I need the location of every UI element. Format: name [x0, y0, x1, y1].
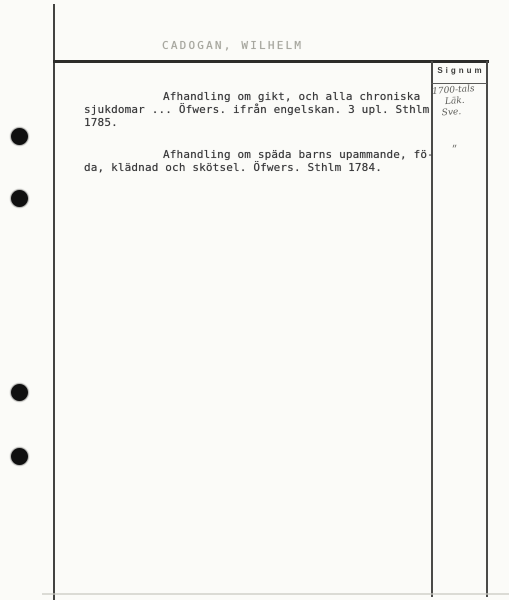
header-rule: [53, 60, 489, 63]
catalog-entry: Afhandling om späda barns upammande, fö-…: [84, 148, 434, 174]
punch-hole: [11, 190, 28, 207]
bottom-scan-edge: [42, 593, 509, 595]
entry-text-line: sjukdomar ... Öfwers. ifrån engelskan. 3…: [84, 103, 434, 116]
entry-text-line: 1785.: [84, 116, 434, 129]
card-heading-author: CADOGAN, WILHELM: [162, 39, 303, 52]
signum-column-rule: [431, 61, 433, 597]
entry-text-line: Afhandling om gikt, och alla chroniska: [84, 90, 434, 103]
entry-text-line: da, klädnad och skötsel. Öfwers. Sthlm 1…: [84, 161, 434, 174]
signum-column-header: Signum: [432, 66, 487, 75]
catalog-entry: Afhandling om gikt, och alla chroniska s…: [84, 90, 434, 130]
punch-hole: [11, 128, 28, 145]
signum-handwritten-note: 1700-tals Läk. Sve.: [432, 83, 490, 120]
punch-hole: [11, 448, 28, 465]
left-margin-rule: [53, 4, 55, 600]
right-border-rule: [486, 61, 488, 597]
catalog-card: CADOGAN, WILHELM Signum Afhandling om gi…: [0, 0, 509, 600]
entry-text-line: Afhandling om späda barns upammande, fö-: [84, 148, 434, 161]
signum-ditto-mark: ʺ: [452, 144, 457, 157]
punch-hole: [11, 384, 28, 401]
